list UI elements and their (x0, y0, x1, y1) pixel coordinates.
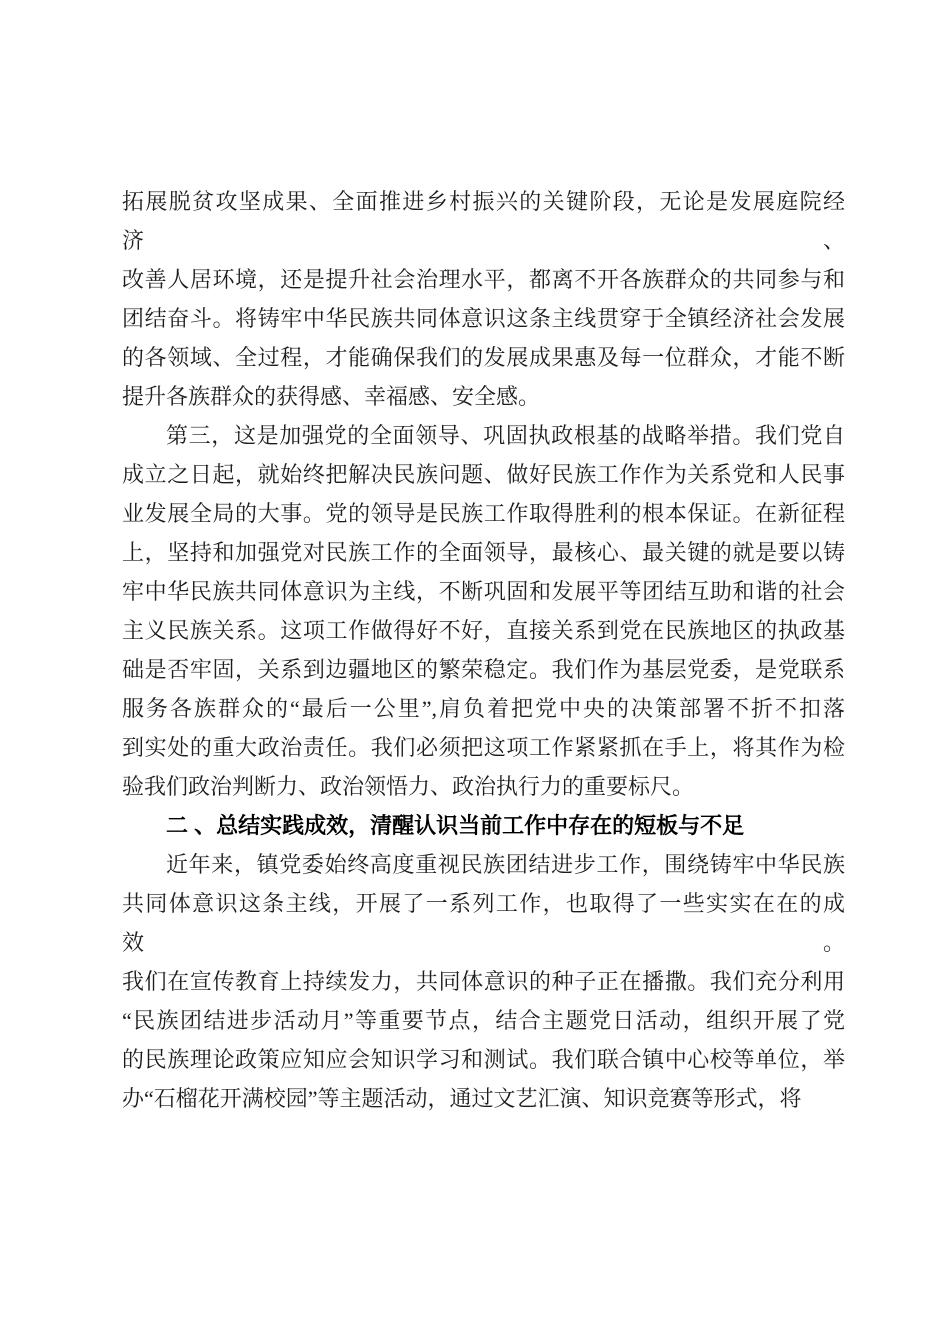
para-third-point-line-3: 业发展全局的大事。党的领导是民族工作取得胜利的根本保证。在新征程 (122, 494, 845, 533)
document-page: 拓展脱贫攻坚成果、全面推进乡村振兴的关键阶段，无论是发展庭院经济、改善人居环境，… (0, 0, 950, 1343)
para-continuation-line-2: 改善人居环境，还是提升社会治理水平，都离不开各族群众的共同参与和 (122, 260, 845, 299)
para-continuation-line-3: 团结奋斗。将铸牢中华民族共同体意识这条主线贯穿于全镇经济社会发展 (122, 299, 845, 338)
para-third-point-line-10: 验我们政治判断力、政治领悟力、政治执行力的重要标尺。 (122, 767, 845, 806)
para-recent-years-line-3: 我们在宣传教育上持续发力，共同体意识的种子正在播撒。我们充分利用 (122, 962, 845, 1001)
para-third-point-line-8: 服务各族群众的“最后一公里”,肩负着把党中央的决策部署不折不扣落 (122, 689, 845, 728)
para-continuation-line-1: 拓展脱贫攻坚成果、全面推进乡村振兴的关键阶段，无论是发展庭院经济、 (122, 182, 845, 260)
para-third-point-line-9: 到实处的重大政治责任。我们必须把这项工作紧紧抓在手上，将其作为检 (122, 728, 845, 767)
para-third-point-line-2: 成立之日起，就始终把解决民族问题、做好民族工作作为关系党和人民事 (122, 455, 845, 494)
para-continuation: 拓展脱贫攻坚成果、全面推进乡村振兴的关键阶段，无论是发展庭院经济、改善人居环境，… (122, 182, 845, 416)
para-third-point: 第三，这是加强党的全面领导、巩固执政根基的战略举措。我们党自成立之日起，就始终把… (122, 416, 845, 806)
para-recent-years-line-6: 办“石榴花开满校园”等主题活动，通过文艺汇演、知识竞赛等形式，将 (122, 1079, 845, 1118)
para-third-point-line-7: 础是否牢固，关系到边疆地区的繁荣稳定。我们作为基层党委，是党联系 (122, 650, 845, 689)
para-third-point-line-4: 上，坚持和加强党对民族工作的全面领导，最核心、最关键的就是要以铸 (122, 533, 845, 572)
para-third-point-line-1: 第三，这是加强党的全面领导、巩固执政根基的战略举措。我们党自 (122, 416, 845, 455)
para-third-point-line-6: 主义民族关系。这项工作做得好不好，直接关系到党在民族地区的执政基 (122, 611, 845, 650)
document-body: 拓展脱贫攻坚成果、全面推进乡村振兴的关键阶段，无论是发展庭院经济、改善人居环境，… (122, 182, 845, 1118)
para-continuation-line-4: 的各领域、全过程，才能确保我们的发展成果惠及每一位群众，才能不断 (122, 338, 845, 377)
para-continuation-line-5: 提升各族群众的获得感、幸福感、安全感。 (122, 377, 845, 416)
heading-section-two: 二 、总结实践成效，清醒认识当前工作中存在的短板与不足 (122, 806, 845, 845)
para-recent-years-line-1: 近年来，镇党委始终高度重视民族团结进步工作，围绕铸牢中华民族 (122, 845, 845, 884)
para-recent-years-line-2: 共同体意识这条主线，开展了一系列工作，也取得了一些实实在在的成效。 (122, 884, 845, 962)
para-third-point-line-5: 牢中华民族共同体意识为主线，不断巩固和发展平等团结互助和谐的社会 (122, 572, 845, 611)
para-recent-years: 近年来，镇党委始终高度重视民族团结进步工作，围绕铸牢中华民族共同体意识这条主线，… (122, 845, 845, 1118)
para-recent-years-line-4: “民族团结进步活动月”等重要节点，结合主题党日活动，组织开展了党 (122, 1001, 845, 1040)
para-recent-years-line-5: 的民族理论政策应知应会知识学习和测试。我们联合镇中心校等单位，举 (122, 1040, 845, 1079)
heading-section-two-line-1: 二 、总结实践成效，清醒认识当前工作中存在的短板与不足 (122, 806, 845, 845)
